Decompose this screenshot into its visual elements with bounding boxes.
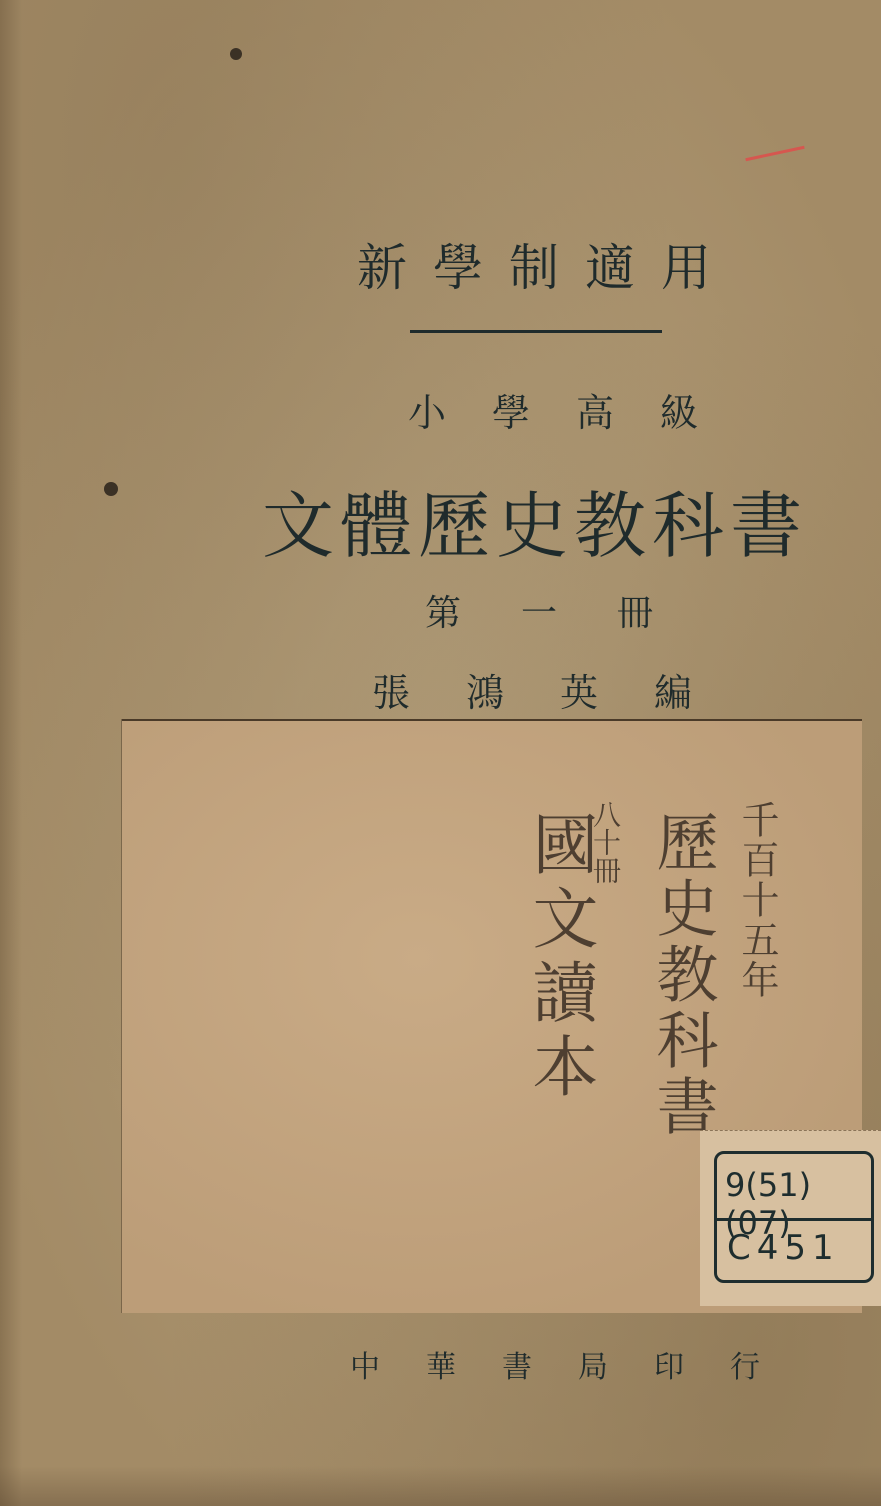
- volume-number: 第一冊: [425, 585, 713, 636]
- title-divider: [410, 330, 662, 333]
- handwritten-note-title: 歷史教科書: [638, 810, 727, 1140]
- stain-spot: [104, 482, 118, 496]
- handwritten-note-date: 千百十五年: [730, 800, 785, 1000]
- book-cover: 新學制適用 小學高級 文體歷史教科書 第一冊 張鴻英編 千百十五年 歷史教科書 …: [0, 0, 881, 1506]
- cover-bottom-wear: [0, 1466, 881, 1506]
- call-number-author: C451: [727, 1228, 840, 1268]
- series-label: 新學制適用: [357, 228, 737, 300]
- book-title: 文體歷史教科書: [262, 468, 808, 572]
- author-credit: 張鴻英編: [372, 662, 748, 717]
- publisher-imprint: 中華書局印行: [350, 1342, 806, 1386]
- red-pencil-mark: [745, 146, 804, 161]
- handwritten-note-reader: 國文讀本: [512, 810, 607, 1106]
- cover-edge-shadow: [0, 0, 22, 1506]
- school-level: 小學高級: [408, 382, 744, 437]
- library-call-number-label: 9(51)(07) C451: [700, 1130, 881, 1306]
- call-number-box: 9(51)(07) C451: [714, 1151, 874, 1283]
- call-number-divider: [717, 1218, 871, 1221]
- stain-spot: [230, 48, 242, 60]
